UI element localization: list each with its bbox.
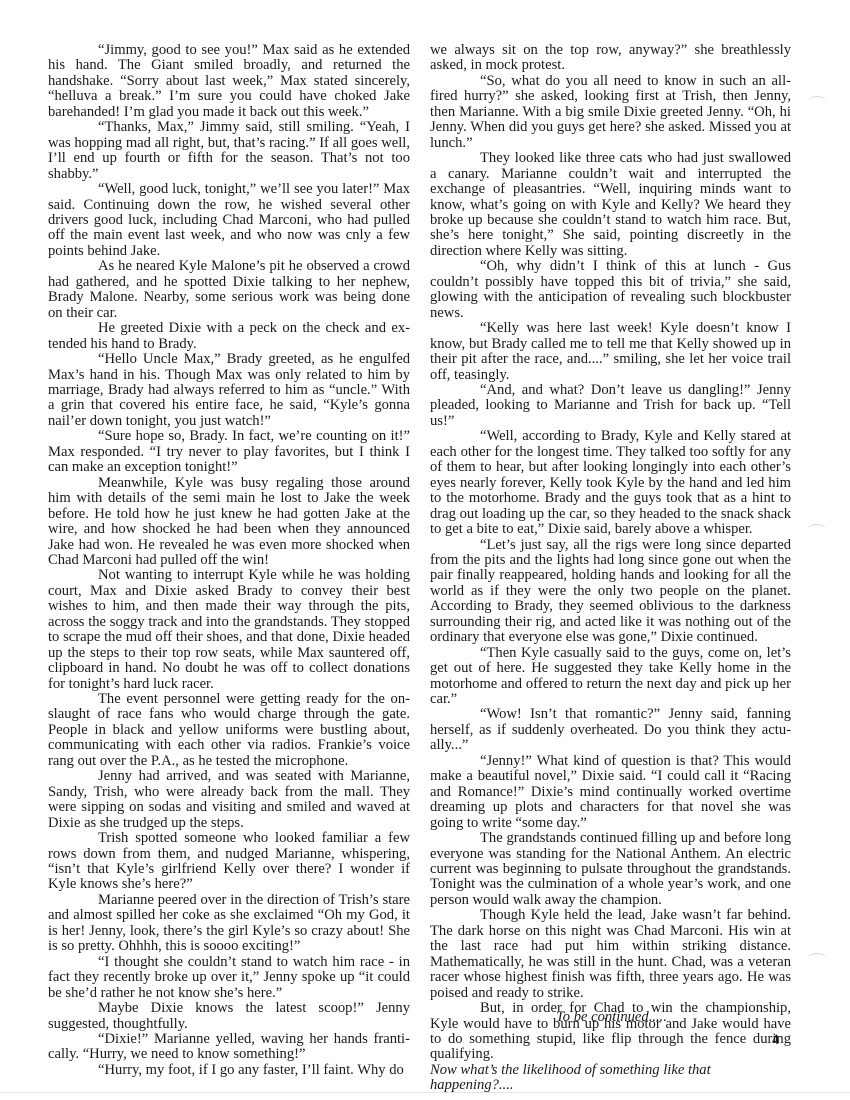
paragraph: “Jimmy, good to see you!” Max said as he… <box>48 43 410 120</box>
scan-bottom-edge <box>0 1092 850 1093</box>
paragraph: “Let’s just say, all the rigs were long … <box>430 538 791 646</box>
paragraph: Maybe Dixie knows the latest scoop!” Jen… <box>48 1001 410 1032</box>
paragraph: They looked like three cats who had just… <box>430 151 791 259</box>
closing-question: Now what’s the likelihood of something l… <box>430 1063 791 1094</box>
page-number: 4 <box>771 1033 780 1049</box>
paragraph: Though Kyle held the lead, Jake wasn’t f… <box>430 908 791 1001</box>
paragraph: “Thanks, Max,” Jimmy said, still smiling… <box>48 120 410 182</box>
paragraph: “Wow! Isn’t that romantic?” Jenny said, … <box>430 707 791 753</box>
paragraph: “Well, good luck, tonight,” we’ll see yo… <box>48 182 410 259</box>
paragraph: Jenny had arrived, and was seated with M… <box>48 769 410 831</box>
paragraph: “Then Kyle casually said to the guys, co… <box>430 646 791 708</box>
paragraph: “Sure hope so, Brady. In fact, we’re cou… <box>48 429 410 475</box>
scan-artifact-mark <box>808 524 826 535</box>
paragraph: Trish spotted someone who looked familia… <box>48 831 410 893</box>
paragraph: “Jenny!” What kind of question is that? … <box>430 754 791 831</box>
paragraph: He greeted Dixie with a peck on the chec… <box>48 321 410 352</box>
document-page: “Jimmy, good to see you!” Max said as he… <box>0 0 850 1100</box>
paragraph: Not wanting to interrupt Kyle while he w… <box>48 568 410 692</box>
paragraph: “And, and what? Don’t leave us dangling!… <box>430 383 791 429</box>
paragraph: “Oh, why didn’t I think of this at lunch… <box>430 259 791 321</box>
paragraph: Marianne peered over in the direction of… <box>48 893 410 955</box>
paragraph: “I thought she couldn’t stand to watch h… <box>48 955 410 1001</box>
left-column: “Jimmy, good to see you!” Max said as he… <box>48 43 410 1078</box>
paragraph: The event personnel were getting ready f… <box>48 692 410 769</box>
scan-artifact-mark <box>808 953 826 964</box>
right-column: we always sit on the top row, anyway?” s… <box>430 43 791 1094</box>
paragraph: Meanwhile, Kyle was busy regaling those … <box>48 476 410 569</box>
scan-artifact-mark <box>808 96 826 107</box>
paragraph: “So, what do you all need to know in suc… <box>430 74 791 151</box>
paragraph: “Hello Uncle Max,” Brady greeted, as he … <box>48 352 410 429</box>
paragraph: As he neared Kyle Malone’s pit he observ… <box>48 259 410 321</box>
paragraph: The grandstands continued filling up and… <box>430 831 791 908</box>
paragraph: “Dixie!” Marianne yelled, waving her han… <box>48 1032 410 1063</box>
paragraph: “Hurry, my foot, if I go any faster, I’l… <box>48 1063 410 1078</box>
paragraph: “Well, according to Brady, Kyle and Kell… <box>430 429 791 537</box>
paragraph-continued: we always sit on the top row, anyway?” s… <box>430 43 791 74</box>
to-be-continued-label: To be continued..... <box>556 1010 667 1025</box>
paragraph: “Kelly was here last week! Kyle doesn’t … <box>430 321 791 383</box>
